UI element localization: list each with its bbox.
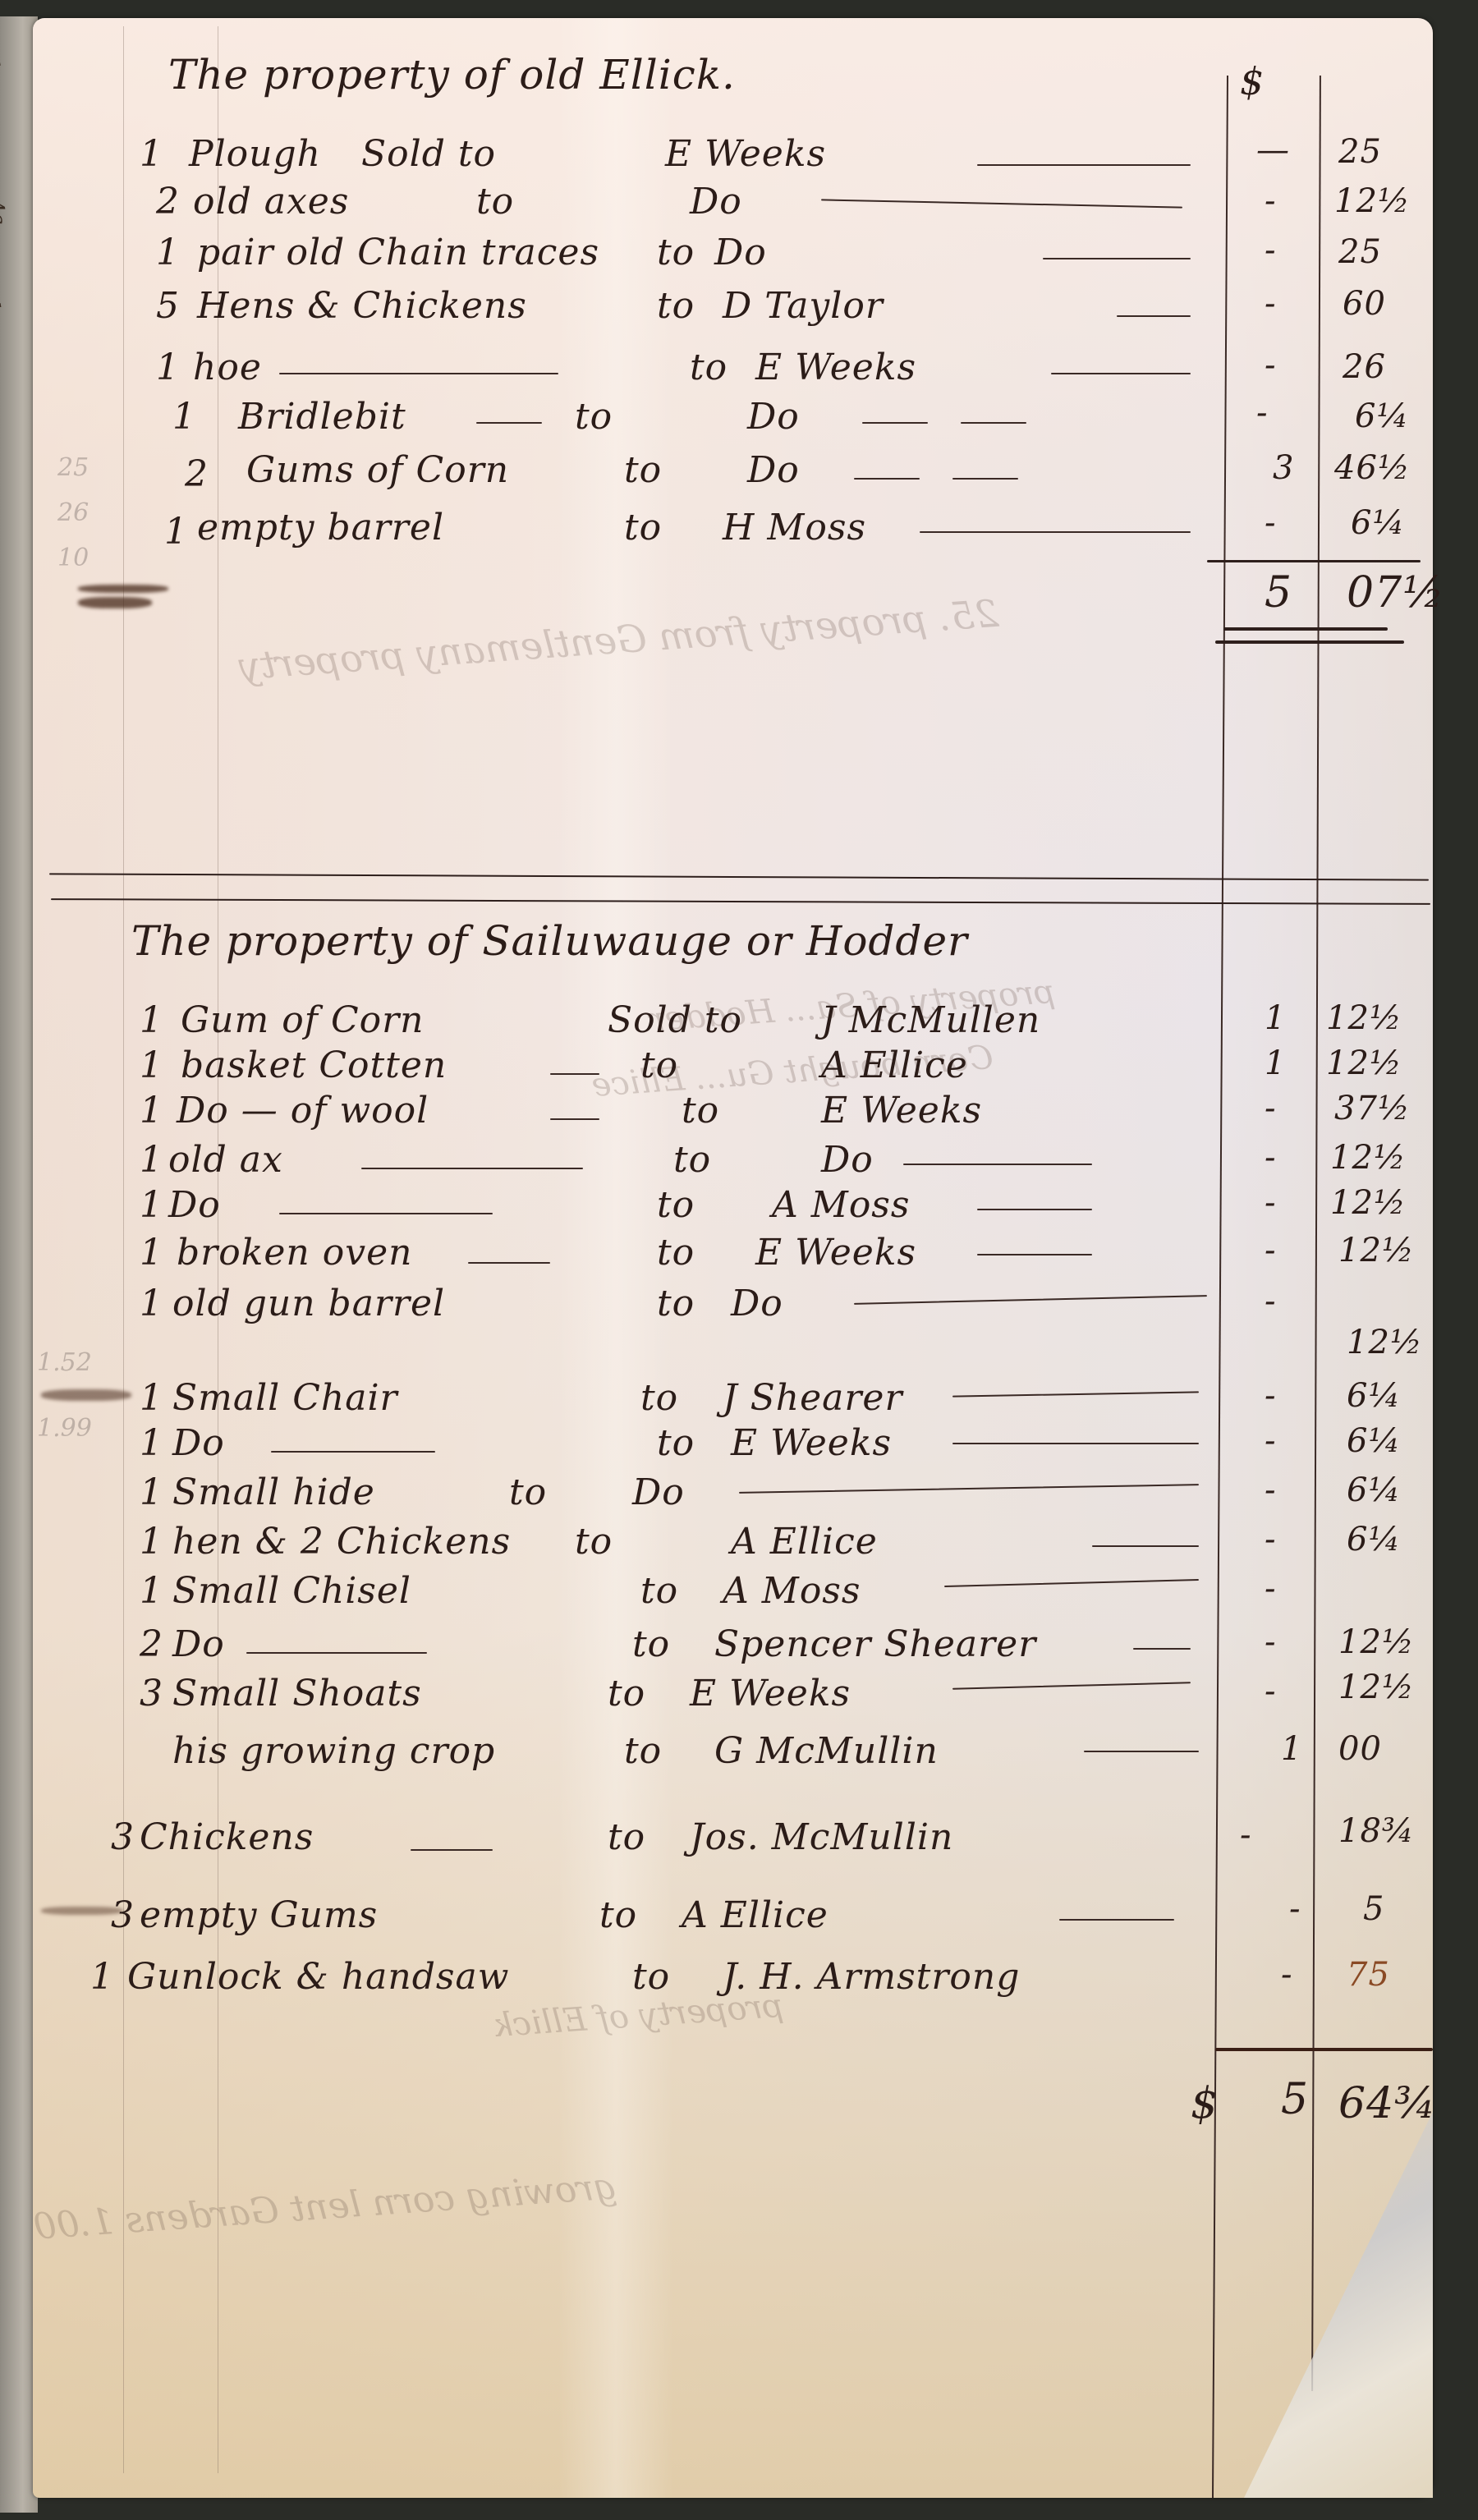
filler-dash [952, 1443, 1199, 1444]
item-desc: Small hide [172, 1471, 375, 1513]
item-dollars: - [1265, 347, 1277, 384]
item-cents: 12½ [1326, 1044, 1402, 1082]
item-cents: 26 [1343, 348, 1386, 386]
item-desc: Plough [189, 133, 321, 175]
item-dollars: - [1265, 1184, 1277, 1222]
filler-dash [821, 199, 1182, 208]
item-sold: to [657, 1422, 695, 1464]
item-dollars: - [1265, 1570, 1277, 1608]
item-cents: 5 [1363, 1890, 1384, 1928]
item-cents: 6¼ [1347, 1471, 1401, 1509]
section-title: The property of Sailuwauge or Hodder [131, 917, 968, 965]
item-buyer: E Weeks [731, 1422, 892, 1464]
item-buyer: Do [747, 396, 800, 438]
dollars-column-rule [1212, 76, 1228, 2498]
item-sold: to [632, 1623, 670, 1665]
item-sold: to [476, 181, 514, 223]
item-cents: 6¼ [1347, 1377, 1401, 1415]
item-sold: to [657, 1283, 695, 1324]
item-dollars: - [1265, 1090, 1277, 1127]
item-qty: 3 [140, 1673, 163, 1714]
item-cents: 12½ [1334, 182, 1411, 220]
item-sold: to [509, 1471, 547, 1513]
item-cents: 00 [1338, 1730, 1382, 1768]
item-qty: 1 [140, 1422, 163, 1464]
item-desc: Gum of Corn [181, 999, 424, 1041]
filler-dash [1117, 315, 1191, 317]
bleed-through-text: growing corn lent Gardens 1.00 [32, 2165, 618, 2248]
item-desc: empty Gums [140, 1894, 378, 1936]
page-crease [558, 18, 673, 2498]
filler-dash [550, 1073, 599, 1075]
prev-page-fragment: w [0, 476, 5, 500]
filler-dash [246, 1652, 427, 1654]
item-sold: to [599, 1894, 637, 1936]
item-desc: Small Chair [172, 1377, 398, 1419]
item-qty: 1 [172, 396, 196, 438]
item-qty: 2 [140, 1623, 163, 1665]
item-qty: 3 [111, 1816, 135, 1858]
item-cents: 12½ [1330, 1184, 1407, 1222]
item-desc: basket Cotten [181, 1044, 447, 1086]
item-qty: 1 [140, 1090, 163, 1131]
filler-dash [1133, 1648, 1191, 1650]
item-buyer: A Moss [723, 1570, 861, 1612]
filler-dash [977, 1209, 1092, 1210]
total-double-rule [1223, 627, 1388, 631]
item-buyer: E Weeks [755, 1232, 916, 1274]
filler-dash [411, 1849, 493, 1851]
item-desc: Do — of wool [177, 1090, 429, 1131]
filler-dash [977, 164, 1191, 166]
filler-dash [862, 422, 928, 424]
item-qty: 1 [156, 347, 180, 388]
item-sold: to [640, 1044, 678, 1086]
item-cents: 25 [1338, 233, 1382, 271]
filler-dash [920, 531, 1191, 533]
item-desc: old axes [193, 181, 349, 223]
item-sold: to [640, 1570, 678, 1612]
filler-dash [854, 478, 920, 480]
item-qty: 1 [140, 1044, 163, 1086]
item-buyer: G McMullin [714, 1730, 939, 1772]
item-dollars: - [1265, 1422, 1277, 1460]
item-desc: Small Shoats [172, 1673, 422, 1714]
item-qty: 1 [140, 133, 163, 175]
filler-dash [944, 1579, 1199, 1587]
filler-dash [854, 1295, 1207, 1305]
item-qty: 1 [140, 1377, 163, 1419]
item-sold: to [575, 1521, 613, 1563]
item-qty: 1 [140, 1184, 163, 1226]
filler-dash [468, 1262, 550, 1264]
filler-dash [1059, 1919, 1174, 1921]
item-dollars: — [1256, 131, 1290, 169]
prev-page-fragment: ck [0, 287, 7, 319]
margin-rule [123, 26, 124, 2473]
item-qty: 2 [185, 453, 209, 495]
item-desc: broken oven [177, 1232, 412, 1274]
item-buyer: Do [714, 232, 767, 273]
section-total-cents: 64¾ [1338, 2079, 1437, 2128]
item-qty: 1 [140, 1570, 163, 1612]
item-dollars: 1 [1281, 1730, 1302, 1768]
item-sold: to [640, 1377, 678, 1419]
item-desc: Gums of Corn [246, 449, 509, 491]
item-sold: to [624, 507, 662, 549]
filler-dash [952, 1391, 1199, 1397]
prev-page-fragment: the [0, 49, 8, 91]
item-sold: to [608, 1673, 645, 1714]
item-buyer: Do [690, 181, 742, 223]
item-cents: 60 [1343, 285, 1386, 323]
item-desc: Bridlebit [238, 396, 406, 438]
item-sold: to [682, 1090, 719, 1131]
ledger-page: 25. property from Gentlemany property pr… [33, 18, 1433, 2498]
item-desc: Chickens [140, 1816, 314, 1858]
item-qty: 1 [90, 1956, 114, 1998]
item-cents: 12½ [1338, 1669, 1415, 1706]
item-desc: Small Chisel [172, 1570, 411, 1612]
item-dollars: - [1256, 394, 1269, 432]
item-buyer: Do [747, 449, 800, 491]
item-desc: Gunlock & handsaw [127, 1956, 509, 1998]
item-desc: old ax [168, 1139, 283, 1181]
item-sold: to [632, 1956, 670, 1998]
item-buyer: E Weeks [665, 133, 826, 175]
total-rule [1207, 560, 1421, 562]
item-desc: hen & 2 Chickens [172, 1521, 511, 1563]
filler-dash [961, 422, 1026, 424]
item-sold: to [657, 232, 695, 273]
item-buyer: H Moss [723, 507, 866, 549]
item-buyer: Jos. McMullin [690, 1816, 953, 1858]
pencil-note: 25 [57, 453, 89, 482]
item-sold: to [657, 285, 695, 327]
item-cents: 37½ [1334, 1090, 1411, 1127]
item-dollars: 3 [1273, 449, 1294, 487]
ink-stain [78, 585, 168, 593]
filler-dash [550, 1118, 599, 1120]
filler-dash [1084, 1751, 1199, 1752]
section-total-dollars: 5 [1265, 568, 1292, 617]
item-cents: 6¼ [1351, 504, 1405, 542]
dollar-sign-header: $ [1240, 59, 1265, 103]
item-dollars: 1 [1265, 1044, 1286, 1082]
total-double-rule [1215, 640, 1404, 644]
item-sold: to [690, 347, 728, 388]
prev-page-fragment: as 4s [0, 164, 12, 227]
filler-dash [271, 1451, 435, 1453]
item-buyer: J. H. Armstrong [723, 1956, 1020, 1998]
item-sold: Sold to [361, 133, 496, 175]
section-total-dollars: 5 [1281, 2075, 1309, 2124]
ink-stain [41, 1389, 131, 1401]
item-dollars: - [1265, 504, 1277, 542]
item-qty: 1 [164, 511, 188, 553]
item-desc: hoe [193, 347, 262, 388]
item-desc: Do [172, 1623, 225, 1665]
item-cents: 18¾ [1338, 1812, 1415, 1850]
filler-dash [279, 373, 558, 374]
item-qty: 1 [140, 1471, 163, 1513]
item-cents: 25 [1338, 133, 1382, 171]
item-cents: 75 [1347, 1956, 1390, 1994]
filler-dash [1051, 373, 1191, 374]
item-buyer: Do [632, 1471, 685, 1513]
filler-dash [1043, 258, 1191, 259]
item-buyer: E Weeks [755, 347, 916, 388]
item-buyer: Spencer Shearer [714, 1623, 1036, 1665]
filler-dash [1092, 1545, 1199, 1547]
item-dollars: - [1265, 232, 1277, 269]
item-cents: 6¼ [1355, 397, 1409, 435]
item-buyer: J McMullen [821, 999, 1040, 1041]
item-dollars: - [1240, 1816, 1252, 1854]
item-sold: to [657, 1184, 695, 1226]
item-dollars: - [1265, 1139, 1277, 1177]
item-dollars: - [1265, 1521, 1277, 1558]
item-buyer: A Ellice [682, 1894, 829, 1936]
item-cents: 12½ [1338, 1232, 1415, 1269]
item-qty: 1 [140, 1232, 163, 1274]
item-cents: 12½ [1347, 1324, 1423, 1361]
item-dollars: - [1265, 1673, 1277, 1710]
item-buyer: A Ellice [731, 1521, 878, 1563]
item-sold: to [673, 1139, 711, 1181]
item-cents: 12½ [1326, 999, 1402, 1037]
section-total-cents: 07½ [1347, 568, 1445, 617]
item-qty: 1 [140, 999, 163, 1041]
item-buyer: E Weeks [821, 1090, 982, 1131]
item-dollars: - [1265, 1283, 1277, 1320]
item-dollars: - [1265, 285, 1277, 323]
item-desc: old gun barrel [172, 1283, 445, 1324]
section-title: The property of old Ellick. [168, 51, 736, 99]
item-qty: 1 [140, 1521, 163, 1563]
item-dollars: - [1281, 1956, 1293, 1994]
filler-dash [952, 1682, 1191, 1690]
item-desc: his growing crop [172, 1730, 495, 1772]
item-dollars: - [1289, 1890, 1301, 1928]
pencil-note: 1.52 [37, 1348, 92, 1377]
item-sold: to [624, 449, 662, 491]
item-desc: Do [172, 1422, 225, 1464]
total-dollar-sign: $ [1191, 2079, 1219, 2128]
item-dollars: - [1265, 1623, 1277, 1661]
cents-column-rule [1311, 76, 1321, 2391]
item-dollars: - [1265, 1377, 1277, 1415]
filler-dash [279, 1213, 493, 1214]
filler-dash [977, 1254, 1092, 1255]
item-dollars: - [1265, 182, 1277, 220]
item-desc: Hens & Chickens [197, 285, 527, 327]
item-qty: 1 [140, 1283, 163, 1324]
item-sold: Sold to [608, 999, 742, 1041]
item-sold: to [657, 1232, 695, 1274]
item-buyer: J Shearer [723, 1377, 902, 1419]
item-cents: 6¼ [1347, 1521, 1401, 1558]
pencil-note: 10 [57, 544, 89, 572]
filler-dash [739, 1484, 1199, 1494]
item-buyer: E Weeks [690, 1673, 851, 1714]
section-divider [51, 898, 1430, 905]
item-dollars: - [1265, 1471, 1277, 1509]
item-buyer: A Moss [772, 1184, 910, 1226]
total-rule [1215, 2048, 1433, 2051]
item-desc: empty barrel [197, 507, 444, 549]
filler-dash [952, 478, 1018, 480]
item-qty: 5 [156, 285, 180, 327]
item-qty: 1 [140, 1139, 163, 1181]
item-cents: 6¼ [1347, 1422, 1401, 1460]
item-dollars: 1 [1265, 999, 1286, 1037]
item-qty: 1 [156, 232, 180, 273]
ink-stain [78, 597, 152, 608]
item-qty: 2 [156, 181, 180, 223]
pencil-note: 1.99 [37, 1414, 92, 1443]
item-sold: to [608, 1816, 645, 1858]
prev-page-fragment: a [0, 591, 4, 609]
item-dollars: - [1265, 1232, 1277, 1269]
item-buyer: A Ellice [821, 1044, 968, 1086]
filler-dash [476, 422, 542, 424]
item-desc: pair old Chain traces [197, 232, 599, 273]
prev-page-fragment: l [0, 402, 3, 415]
filler-dash [361, 1168, 583, 1169]
item-buyer: D Taylor [723, 285, 884, 327]
folded-corner [1244, 2112, 1433, 2498]
item-cents: 46½ [1334, 449, 1411, 487]
item-desc: Do [168, 1184, 221, 1226]
pencil-note: 26 [57, 498, 89, 527]
item-cents: 12½ [1338, 1623, 1415, 1661]
item-sold: to [575, 396, 613, 438]
item-sold: to [624, 1730, 662, 1772]
item-cents: 12½ [1330, 1139, 1407, 1177]
item-buyer: Do [821, 1139, 874, 1181]
item-qty: 3 [111, 1894, 135, 1936]
item-buyer: Do [731, 1283, 783, 1324]
filler-dash [903, 1164, 1092, 1165]
